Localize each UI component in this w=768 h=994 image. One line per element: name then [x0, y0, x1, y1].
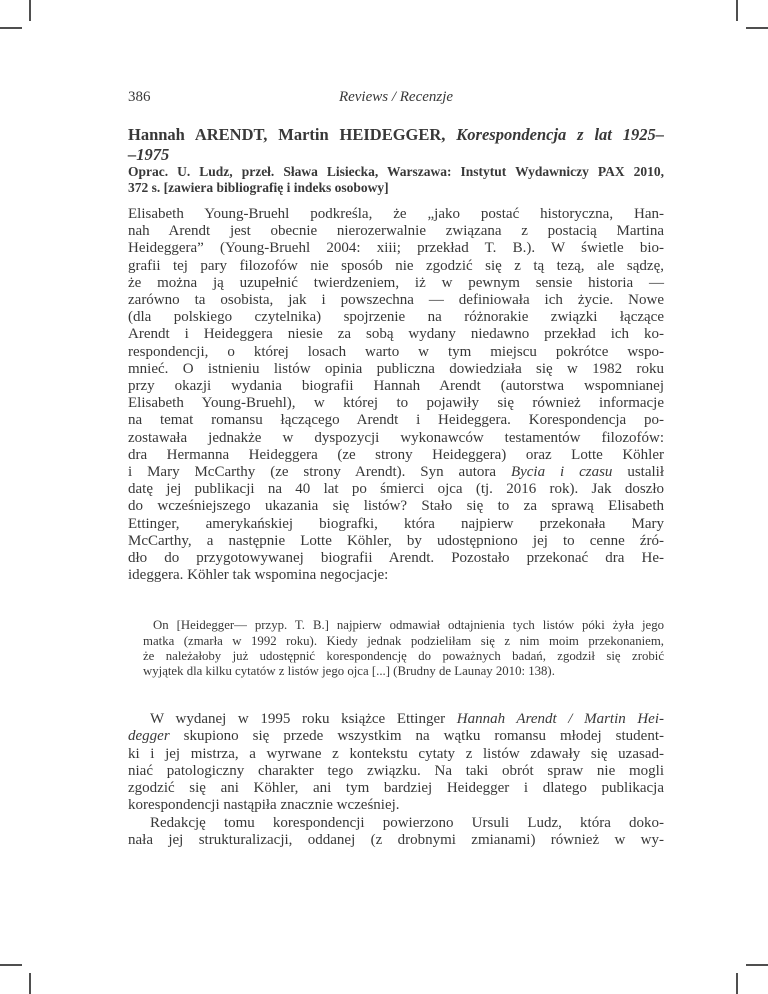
- crop-mark-top-right-horizontal: [746, 27, 768, 29]
- crop-mark-top-left-vertical: [29, 0, 31, 21]
- scanned-book-page: 386 Reviews / Recenzje Hannah ARENDT, Ma…: [0, 0, 768, 994]
- text-line: grafii tej pary filozofów nie sposób nie…: [128, 258, 664, 275]
- block-quote: On [Heidegger— przyp. T. B.] najpierw od…: [143, 618, 664, 679]
- text-line: Ettinger, amerykańskiej biografki, która…: [128, 516, 664, 533]
- text-line: W wydanej w 1995 roku książce Ettinger H…: [128, 711, 664, 728]
- text-line: On [Heidegger— przyp. T. B.] najpierw od…: [143, 618, 664, 633]
- review-paragraph-1: Elisabeth Young-Bruehl podkreśla, że „ja…: [128, 206, 664, 584]
- text-line: Elisabeth Young-Bruehl podkreśla, że „ja…: [128, 206, 664, 223]
- text-line: Hannah ARENDT, Martin HEIDEGGER, Korespo…: [128, 125, 664, 145]
- crop-mark-top-left-horizontal: [0, 27, 22, 29]
- text-line: zarówno ta osobista, jak i powszechna — …: [128, 292, 664, 309]
- crop-mark-bottom-left-vertical: [29, 973, 31, 994]
- text-line: respondencji, o której losach warto w ty…: [128, 344, 664, 361]
- text-line: mnieć. O istnieniu listów opinia publicz…: [128, 361, 664, 378]
- text-line: zgodzić się ani Köhler, ani tym bardziej…: [128, 780, 664, 797]
- text-line: Arendt i Heideggera niesie za sobą wydan…: [128, 326, 664, 343]
- text-line: na temat romansu łączącego Arendt i Heid…: [128, 412, 664, 429]
- text-line: i Mary McCarthy (ze strony Arendt). Syn …: [128, 464, 664, 481]
- text-line: korespondencji nastąpiła znacznie wcześn…: [128, 797, 664, 814]
- text-line: przy okazji wydania biografii Hannah Are…: [128, 378, 664, 395]
- text-line: 372 s. [zawiera bibliografię i indeks os…: [128, 180, 664, 196]
- text-line: niać patologiczny charakter tego związku…: [128, 763, 664, 780]
- crop-mark-bottom-right-vertical: [736, 973, 738, 994]
- page-number: 386: [128, 88, 151, 106]
- text-line: datę jej publikacji na 40 lat po śmierci…: [128, 481, 664, 498]
- text-line: Elisabeth Young-Bruehl), w której to poj…: [128, 395, 664, 412]
- text-line: McCarthy, a następnie Lotte Köhler, by u…: [128, 533, 664, 550]
- text-line: Heideggera” (Young-Bruehl 2004: xiii; pr…: [128, 240, 664, 257]
- text-line: że można ją uzupełnić twierdzeniem, iż w…: [128, 275, 664, 292]
- text-line: degger skupiono się przede wszystkim na …: [128, 728, 664, 745]
- bibliographic-imprint: Oprac. U. Ludz, przeł. Sława Lisiecka, W…: [128, 164, 664, 195]
- text-line: ki i jej mistrza, a wyrwane z kontekstu …: [128, 746, 664, 763]
- text-line: matka (zmarła w 1992 roku). Kiedy jednak…: [143, 634, 664, 649]
- page-header: 386 Reviews / Recenzje: [128, 88, 664, 106]
- text-line: do wcześniejszego ukazania się listów? S…: [128, 498, 664, 515]
- text-line: (dla polskiego czytelnika) spojrzenie na…: [128, 309, 664, 326]
- text-line: nah Arendt jest obecnie nierozerwalnie z…: [128, 223, 664, 240]
- text-line: –1975: [128, 145, 664, 165]
- text-line: dra Hermanna Heideggera (ze strony Heide…: [128, 447, 664, 464]
- text-line: zostawała jednakże w dyspozycji wykonawc…: [128, 430, 664, 447]
- text-line: że należałoby już udostępnić koresponden…: [143, 649, 664, 664]
- crop-mark-top-right-vertical: [736, 0, 738, 21]
- review-paragraph-2: W wydanej w 1995 roku książce Ettinger H…: [128, 711, 664, 814]
- running-head: Reviews / Recenzje: [128, 88, 664, 106]
- crop-mark-bottom-left-horizontal: [0, 964, 22, 966]
- review-paragraph-3: Redakcję tomu korespondencji powierzono …: [128, 815, 664, 849]
- text-line: Oprac. U. Ludz, przeł. Sława Lisiecka, W…: [128, 164, 664, 180]
- crop-mark-bottom-right-horizontal: [746, 964, 768, 966]
- text-line: ideggera. Köhler tak wspomina negocjacje…: [128, 567, 664, 584]
- text-column: 386 Reviews / Recenzje Hannah ARENDT, Ma…: [128, 88, 664, 849]
- review-title: Hannah ARENDT, Martin HEIDEGGER, Korespo…: [128, 125, 664, 164]
- text-line: dło do przygotowywanej biografii Arendt.…: [128, 550, 664, 567]
- text-line: wyjątek dla kilku cytatów z listów jego …: [143, 664, 664, 679]
- text-line: nała jej strukturalizacji, oddanej (z dr…: [128, 832, 664, 849]
- text-line: Redakcję tomu korespondencji powierzono …: [128, 815, 664, 832]
